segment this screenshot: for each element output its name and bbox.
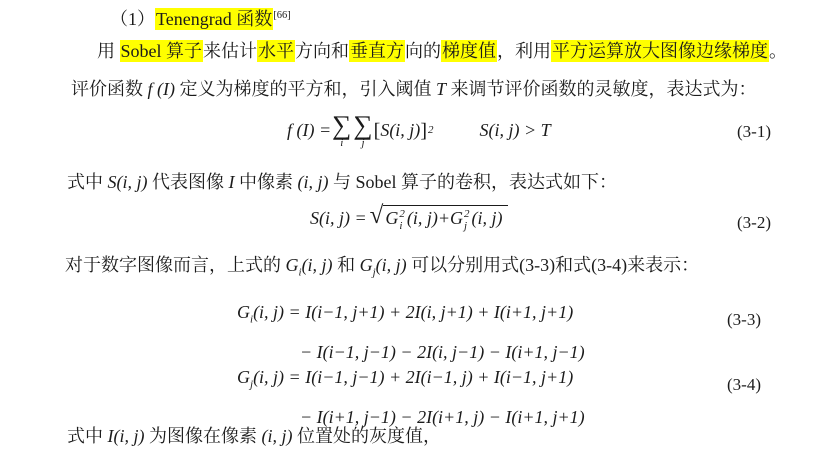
- eq2-lhs: S(i, j) =: [310, 207, 367, 230]
- equation-3-3: Gi(i, j) = I(i−1, j+1) + 2I(i, j+1) + I(…: [237, 296, 585, 368]
- eq2-G2-sup: 2: [464, 208, 470, 220]
- sum-over-i: ∑i: [332, 112, 351, 149]
- document-page: { "page": { "background": "#ffffff", "in…: [0, 0, 839, 459]
- sigma-glyph: ∑: [332, 112, 351, 139]
- eq2-G1-sub: i: [399, 220, 402, 232]
- equation-3-4: Gj(i, j) = I(i−1, j−1) + 2I(i−1, j) + I(…: [237, 361, 585, 433]
- sum-over-j: ∑j: [353, 112, 372, 149]
- eq2-G1-sup: 2: [399, 208, 405, 220]
- equation-label: (3-3): [727, 310, 761, 330]
- equation-3-2-row: S(i, j) = √G2i(i, j)+G2j(i, j): [310, 205, 508, 232]
- eq2-G2-sub: j: [464, 220, 467, 232]
- eq2-G1-subsup: 2i: [399, 208, 405, 232]
- paragraph-grayscale-note: 式中 I(i, j) 为图像在像素 (i, j) 位置处的灰度值，: [67, 425, 441, 448]
- highlighted-segment: 梯度值: [441, 40, 497, 62]
- inline-math-ij: (i, j): [261, 426, 292, 446]
- eq4-rhs-line2: − I(i+1, j−1) − 2I(i+1, j) − I(i+1, j+1): [300, 407, 585, 427]
- section-heading: （1）Tenengrad 函数[66]: [110, 8, 291, 31]
- radicand: G2i(i, j)+G2j(i, j): [383, 205, 507, 232]
- inline-math-S: S(i, j): [108, 172, 148, 192]
- equation-3-1-row: f (I) = ∑i ∑j [S(i, j)]2 S(i, j) > T: [287, 112, 551, 149]
- paragraph-convolution: 式中 S(i, j) 代表图像 I 中像素 (i, j) 与 Sobel 算子的…: [67, 171, 617, 194]
- heading-number: （1）: [110, 9, 155, 29]
- eq2-G1-args: (i, j): [407, 208, 438, 228]
- eq2-G2-args: (i, j): [472, 208, 503, 228]
- eq2-plus: +: [438, 208, 450, 228]
- highlighted-segment: Sobel 算子: [120, 40, 204, 62]
- inline-math-I-ij: I(i, j): [108, 426, 145, 446]
- text-segment: 来估计: [203, 41, 257, 61]
- text-segment: 式中: [67, 172, 108, 192]
- eq3-line-1: Gi(i, j) = I(i−1, j+1) + 2I(i, j+1) + I(…: [237, 296, 585, 336]
- text-segment: 代表图像: [148, 172, 229, 192]
- eq1-power: 2: [428, 123, 434, 137]
- eq3-rhs-line2: − I(i−1, j−1) − 2I(i, j−1) − I(i+1, j−1): [300, 342, 585, 362]
- text-segment: 和: [333, 255, 360, 275]
- eq1-body: S(i, j): [380, 119, 420, 142]
- equation-3-1: f (I) = ∑i ∑j [S(i, j)]2 S(i, j) > T: [287, 112, 551, 149]
- heading-highlighted-text: Tenengrad 函数: [155, 8, 273, 30]
- eq3-G-args: (i, j) =: [253, 302, 305, 322]
- text-segment: ，利用: [497, 41, 551, 61]
- inline-math-Gj: Gj(i, j): [360, 255, 407, 275]
- text-segment: 定义为梯度的平方和，引入阈值: [175, 79, 436, 99]
- text-segment: 方向和: [295, 41, 349, 61]
- paragraph-digital-image: 对于数字图像而言，上式的 Gi(i, j) 和 Gj(i, j) 可以分别用式(…: [65, 254, 699, 280]
- eq1-condition: S(i, j) > T: [479, 119, 550, 142]
- text-segment: 为图像在像素: [144, 426, 261, 446]
- right-bracket: ]: [420, 118, 427, 144]
- highlighted-segment: 平方运算放大图像边缘梯度: [551, 40, 769, 62]
- eq2-G1: G: [385, 208, 398, 228]
- square-root: √G2i(i, j)+G2j(i, j): [370, 205, 508, 232]
- eq4-G-args: (i, j) =: [253, 367, 305, 387]
- text-segment: 对于数字图像而言，上式的: [65, 255, 286, 275]
- Gi-args: (i, j): [302, 255, 333, 275]
- eq3-G: G: [237, 302, 250, 322]
- sigma-glyph: ∑: [353, 112, 372, 139]
- eq4-line-1: Gj(i, j) = I(i−1, j−1) + 2I(i−1, j) + I(…: [237, 361, 585, 401]
- inline-math-Gi: Gi(i, j): [286, 255, 333, 275]
- inline-math-ij: (i, j): [298, 172, 329, 192]
- eq2-G2: G: [450, 208, 463, 228]
- text-segment: 用: [97, 41, 120, 61]
- Gi-base: G: [286, 255, 299, 275]
- left-bracket: [: [374, 118, 381, 144]
- text-segment: 可以分别用式(3-3)和式(3-4)来表示：: [407, 255, 699, 275]
- highlighted-segment: 水平: [257, 40, 295, 62]
- eq4-G: G: [237, 367, 250, 387]
- inline-math-f-I: f (I): [148, 79, 175, 99]
- highlighted-segment: 垂直方: [349, 40, 405, 62]
- Gj-args: (i, j): [376, 255, 407, 275]
- Gj-base: G: [360, 255, 373, 275]
- equation-label: (3-2): [737, 213, 771, 233]
- text-segment: 与 Sobel 算子的卷积，表达式如下：: [329, 172, 618, 192]
- citation-ref: [66]: [273, 10, 291, 21]
- text-segment: 式中: [67, 426, 108, 446]
- eq4-rhs-line1: I(i−1, j−1) + 2I(i−1, j) + I(i−1, j+1): [305, 367, 573, 387]
- text-segment: 中像素: [235, 172, 298, 192]
- equation-label: (3-4): [727, 375, 761, 395]
- eq1-lhs: f (I) =: [287, 119, 331, 142]
- eq3-rhs-line1: I(i−1, j+1) + 2I(i, j+1) + I(i+1, j+1): [305, 302, 573, 322]
- paragraph-sobel-intro: 用 Sobel 算子来估计水平方向和垂直方向的梯度值，利用平方运算放大图像边缘梯…: [97, 40, 787, 63]
- radical-glyph: √: [370, 203, 384, 228]
- equation-3-2: S(i, j) = √G2i(i, j)+G2j(i, j): [310, 205, 508, 232]
- text-segment: 向的: [405, 41, 441, 61]
- eq2-G2-subsup: 2j: [464, 208, 470, 232]
- inline-math-T: T: [436, 79, 446, 99]
- text-segment: 来调节评价函数的灵敏度，表达式为：: [446, 79, 757, 99]
- text-segment: 评价函数: [71, 79, 148, 99]
- sum-limit-i: i: [340, 138, 343, 149]
- text-segment: 位置处的灰度值，: [292, 426, 441, 446]
- text-segment: 。: [769, 41, 787, 61]
- sum-limit-j: j: [361, 138, 364, 149]
- equation-label: (3-1): [737, 122, 771, 142]
- paragraph-evaluation-function: 评价函数 f (I) 定义为梯度的平方和，引入阈值 T 来调节评价函数的灵敏度，…: [71, 78, 757, 101]
